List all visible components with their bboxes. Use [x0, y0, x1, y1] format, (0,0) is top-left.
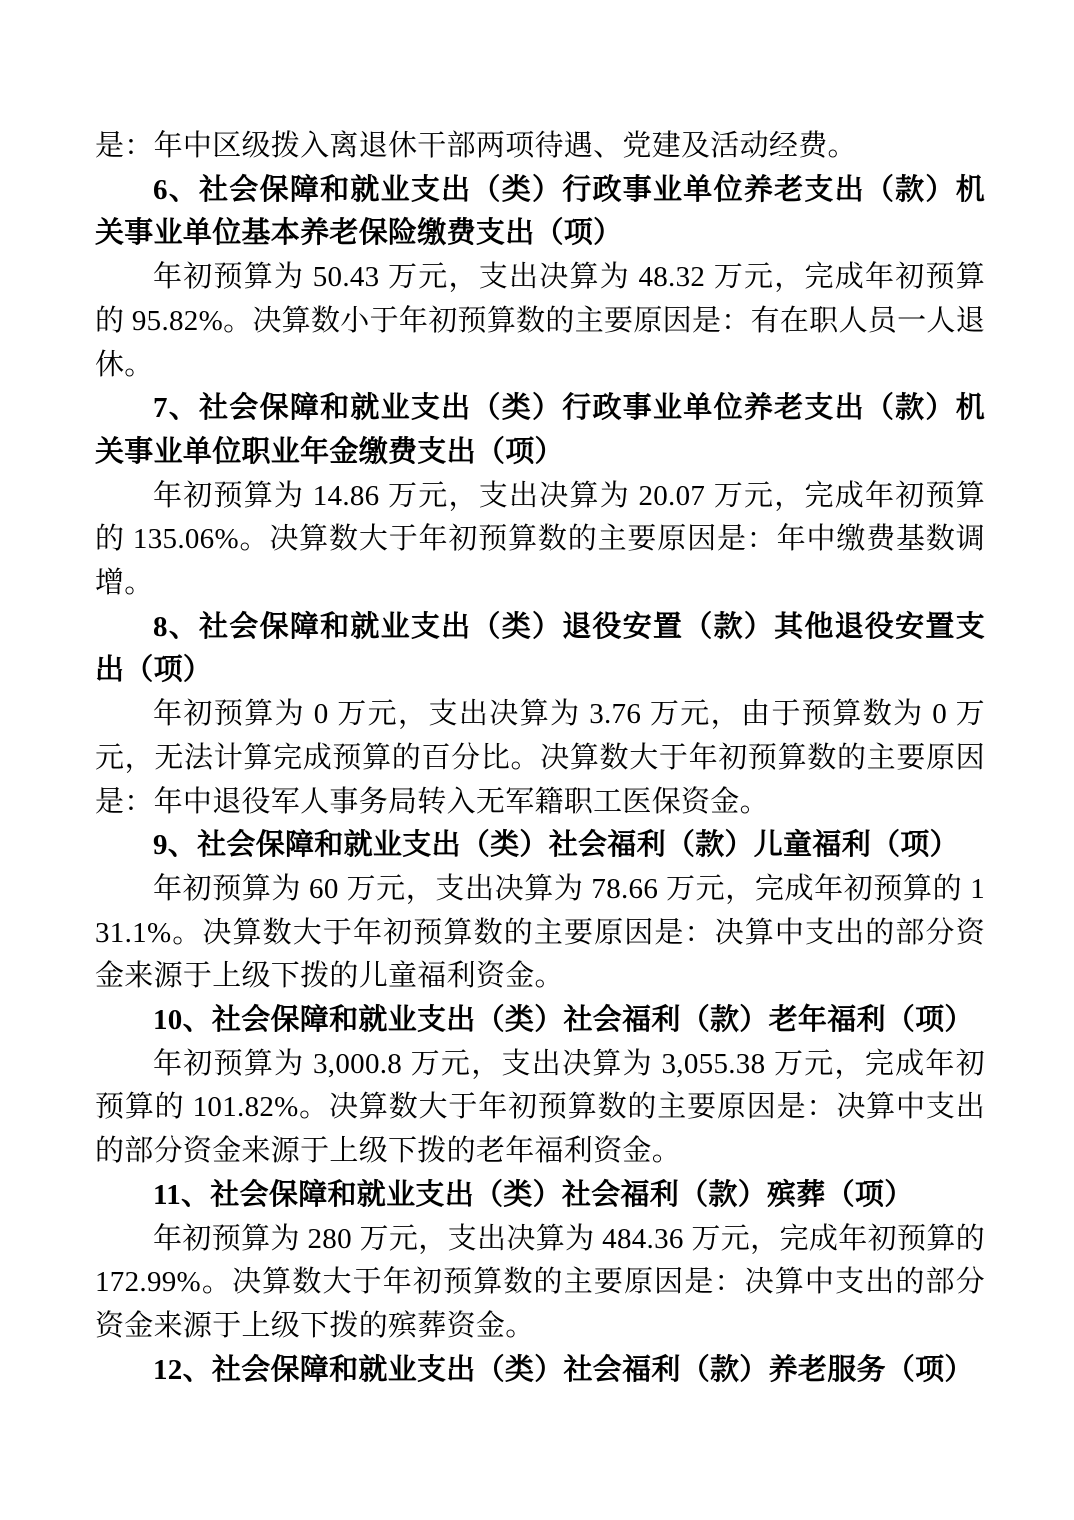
- section-heading-6: 6、社会保障和就业支出（类）行政事业单位养老支出（款）机关事业单位基本养老保险缴…: [95, 169, 985, 256]
- section-body-6: 年初预算为 50.43 万元，支出决算为 48.32 万元，完成年初预算的 95…: [95, 256, 985, 387]
- section-heading-7: 7、社会保障和就业支出（类）行政事业单位养老支出（款）机关事业单位职业年金缴费支…: [95, 387, 985, 474]
- section-body-8: 年初预算为 0 万元，支出决算为 3.76 万元，由于预算数为 0 万元，无法计…: [95, 693, 985, 824]
- section-heading-9: 9、社会保障和就业支出（类）社会福利（款）儿童福利（项）: [95, 824, 985, 868]
- section-body-10: 年初预算为 3,000.8 万元，支出决算为 3,055.38 万元，完成年初预…: [95, 1043, 985, 1174]
- section-body-11: 年初预算为 280 万元，支出决算为 484.36 万元，完成年初预算的 172…: [95, 1218, 985, 1349]
- section-heading-12: 12、社会保障和就业支出（类）社会福利（款）养老服务（项）: [95, 1349, 985, 1393]
- section-heading-11: 11、社会保障和就业支出（类）社会福利（款）殡葬（项）: [95, 1174, 985, 1218]
- paragraph-continuation: 是：年中区级拨入离退休干部两项待遇、党建及活动经费。: [95, 125, 985, 169]
- section-heading-8: 8、社会保障和就业支出（类）退役安置（款）其他退役安置支出（项）: [95, 606, 985, 693]
- document-page: 是：年中区级拨入离退休干部两项待遇、党建及活动经费。 6、社会保障和就业支出（类…: [0, 0, 1074, 1520]
- section-heading-10: 10、社会保障和就业支出（类）社会福利（款）老年福利（项）: [95, 999, 985, 1043]
- section-body-9: 年初预算为 60 万元，支出决算为 78.66 万元，完成年初预算的 131.1…: [95, 868, 985, 999]
- section-body-7: 年初预算为 14.86 万元，支出决算为 20.07 万元，完成年初预算的 13…: [95, 475, 985, 606]
